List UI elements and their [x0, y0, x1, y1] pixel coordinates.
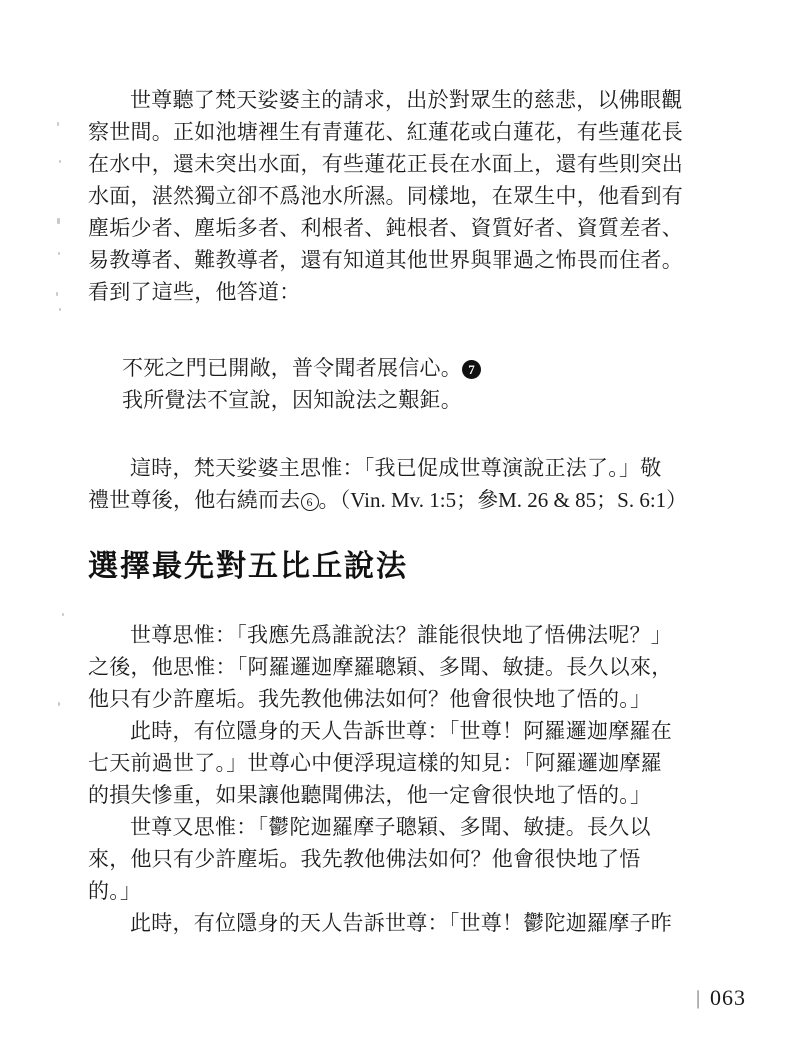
- page-number: 063: [710, 986, 746, 1010]
- closing-paragraph: 此時，有位隱身的天人告訴世尊：「世尊！鬱陀迦羅摩子昨: [88, 907, 710, 939]
- verse-line: 不死之門已開敞，普令聞者展信心。7: [122, 352, 710, 384]
- text-line: 七天前過世了。」世尊心中便浮現這樣的知見：「阿羅邏迦摩羅: [88, 747, 710, 779]
- brahma-paragraph: 這時，梵天娑婆主思惟：「我已促成世尊演說正法了。」敬 禮世尊後，他右繞而去6。（…: [88, 452, 710, 516]
- main-text: 世尊聽了梵天娑婆主的請求，出於對眾生的慈悲，以佛眼觀 察世間。正如池塘裡生有青蓮…: [88, 84, 710, 939]
- text-line: 的損失慘重，如果讓他聽聞佛法，他一定會很快地了悟的。」: [88, 779, 710, 811]
- alara-paragraph: 此時，有位隱身的天人告訴世尊：「世尊！阿羅邏迦摩羅在 七天前過世了。」世尊心中便…: [88, 715, 710, 811]
- text-line: 他只有少許塵垢。我先教他佛法如何？他會很快地了悟的。」: [88, 683, 710, 715]
- section-heading: 選擇最先對五比丘說法: [88, 547, 710, 587]
- text-line: 在水中，還未突出水面，有些蓮花正長在水面上，還有些則突出: [88, 148, 710, 180]
- scan-artifact-dot: [56, 292, 58, 296]
- text-line: 易教導者、難教導者，還有知道其他世界與罪過之怖畏而住者。: [88, 244, 710, 276]
- text-line: 世尊又思惟：「鬱陀迦羅摩子聰穎、多聞、敏捷。長久以: [88, 811, 710, 843]
- page-footer: | 063: [696, 986, 746, 1010]
- text-line: 之後，他思惟：「阿羅邏迦摩羅聰穎、多聞、敏捷。長久以來，: [88, 651, 710, 683]
- scan-artifact-dot: [57, 122, 59, 126]
- text-line: 此時，有位隱身的天人告訴世尊：「世尊！阿羅邏迦摩羅在: [88, 715, 710, 747]
- intro-paragraph: 世尊聽了梵天娑婆主的請求，出於對眾生的慈悲，以佛眼觀 察世間。正如池塘裡生有青蓮…: [88, 84, 710, 308]
- verse-block: 不死之門已開敞，普令聞者展信心。7 我所覺法不宣說，因知說法之艱鉅。: [122, 352, 710, 416]
- scan-artifact-dot: [62, 613, 64, 616]
- note-marker-6-icon: 6: [301, 493, 319, 511]
- scan-artifact-dot: [58, 252, 60, 255]
- book-page: 世尊聽了梵天娑婆主的請求，出於對眾生的慈悲，以佛眼觀 察世間。正如池塘裡生有青蓮…: [0, 0, 792, 1056]
- text-line: 水面，湛然獨立卻不爲池水所濕。同樣地，在眾生中，他看到有: [88, 180, 710, 212]
- text-segment: 禮世尊後，他右繞而去: [88, 488, 301, 512]
- text-line: 來，他只有少許塵垢。我先教他佛法如何？他會很快地了悟: [88, 843, 710, 875]
- note-marker-7-icon: 7: [462, 360, 481, 379]
- text-line: 禮世尊後，他右繞而去6。（Vin. Mv. 1:5；參M. 26 & 85；S.…: [88, 484, 710, 516]
- scan-artifact-dot: [57, 218, 60, 224]
- text-line: 看到了這些，他答道：: [88, 276, 710, 308]
- text-line: 的。」: [88, 875, 710, 907]
- verse-line-text: 不死之門已開敞，普令聞者展信心。: [122, 356, 462, 380]
- verse-line: 我所覺法不宣說，因知說法之艱鉅。: [122, 384, 710, 416]
- text-line: 此時，有位隱身的天人告訴世尊：「世尊！鬱陀迦羅摩子昨: [88, 907, 710, 939]
- citation: （Vin. Mv. 1:5；參M. 26 & 85；S. 6:1）: [340, 488, 687, 512]
- scan-artifact-dot: [59, 160, 61, 163]
- scan-artifact-dot: [58, 702, 60, 706]
- uddaka-paragraph: 世尊又思惟：「鬱陀迦羅摩子聰穎、多聞、敏捷。長久以 來，他只有少許塵垢。我先教他…: [88, 811, 710, 907]
- text-segment: 。: [319, 488, 340, 512]
- deliberation-paragraph: 世尊思惟：「我應先爲誰說法？誰能很快地了悟佛法呢？」 之後，他思惟：「阿羅邏迦摩…: [88, 619, 710, 715]
- footer-divider: |: [697, 986, 700, 1010]
- text-line: 世尊思惟：「我應先爲誰說法？誰能很快地了悟佛法呢？」: [88, 619, 710, 651]
- scan-artifact-dot: [59, 308, 61, 311]
- text-line: 塵垢少者、塵垢多者、利根者、鈍根者、資質好者、資質差者、: [88, 212, 710, 244]
- text-line: 察世間。正如池塘裡生有青蓮花、紅蓮花或白蓮花，有些蓮花長: [88, 116, 710, 148]
- text-line: 世尊聽了梵天娑婆主的請求，出於對眾生的慈悲，以佛眼觀: [88, 84, 710, 116]
- text-line: 這時，梵天娑婆主思惟：「我已促成世尊演說正法了。」敬: [88, 452, 710, 484]
